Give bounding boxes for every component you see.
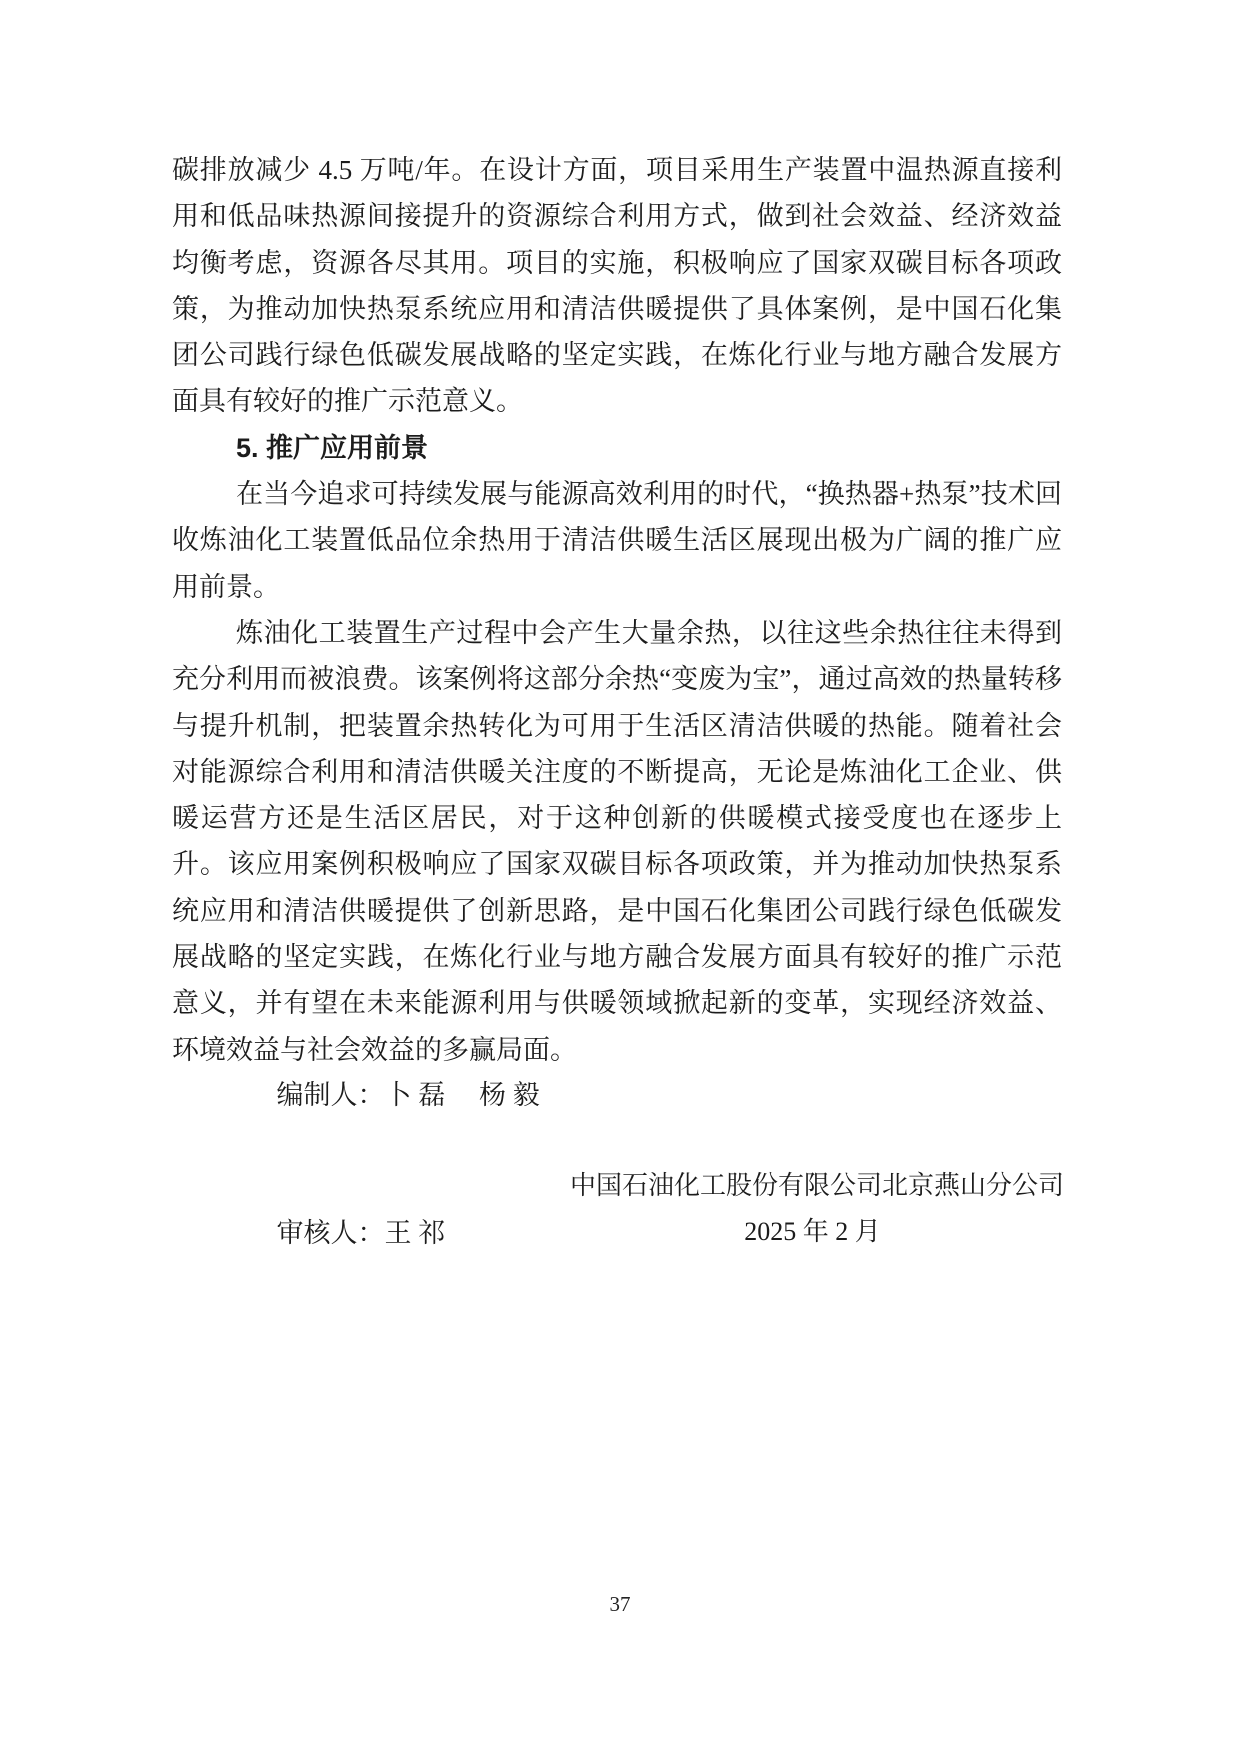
paragraph-carbon-reduction: 碳排放减少 4.5 万吨/年。在设计方面，项目采用生产装置中温热源直接利用和低品… [172, 147, 1062, 425]
reviewer-names: 王 祁 [385, 1218, 446, 1248]
signature-block: 编制人：卜 磊 杨 毅 审核人：王 祁 [172, 1026, 540, 1302]
compiler-names: 卜 磊 杨 毅 [385, 1080, 540, 1110]
paragraph-era-sustainable: 在当今追求可持续发展与能源高效利用的时代，“换热器+热泵”技术回收炼油化工装置低… [172, 471, 1062, 610]
section-heading-promotion-prospects: 5. 推广应用前景 [172, 425, 1062, 471]
company-name: 中国石油化工股份有限公司北京燕山分公司 [570, 1163, 1055, 1209]
body-text-block: 碳排放减少 4.5 万吨/年。在设计方面，项目采用生产装置中温热源直接利用和低品… [172, 147, 1062, 1073]
page-number: 37 [0, 1592, 1240, 1617]
reviewer-label: 审核人： [277, 1218, 385, 1248]
document-date: 2025 年 2 月 [570, 1209, 1055, 1255]
company-date-block: 中国石油化工股份有限公司北京燕山分公司 2025 年 2 月 [570, 1163, 1055, 1255]
document-page: 碳排放减少 4.5 万吨/年。在设计方面，项目采用生产装置中温热源直接利用和低品… [0, 0, 1240, 1753]
compiler-label: 编制人： [277, 1080, 385, 1110]
paragraph-waste-heat-utilization: 炼油化工装置生产过程中会产生大量余热，以往这些余热往往未得到充分利用而被浪费。该… [172, 610, 1062, 1073]
compiler-line: 编制人：卜 磊 杨 毅 [172, 1026, 540, 1164]
reviewer-line: 审核人：王 祁 [172, 1164, 540, 1302]
